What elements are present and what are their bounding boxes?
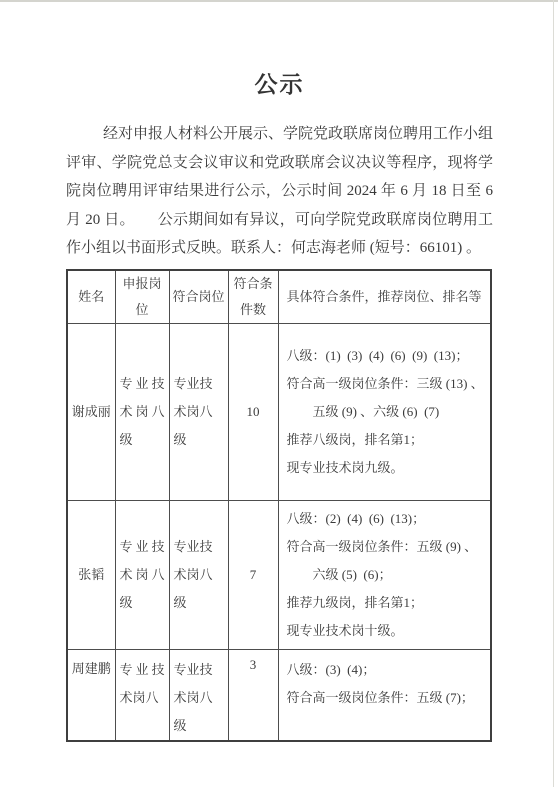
cell-name: 周建鹏 <box>67 649 115 741</box>
table-row: 周建鹏 专业技术岗八 专业技术岗八级 3 八级：(3) (4)； 符合高一级岗位… <box>67 649 491 741</box>
detail-line: 八级：(2) (4) (6) (13)； <box>287 505 486 533</box>
cell-applied-position: 专业技术岗八级 <box>115 500 169 649</box>
page-title: 公示 <box>66 70 493 100</box>
cell-qualified-count: 10 <box>228 323 278 500</box>
cell-applied-position: 专业技术岗八级 <box>115 323 169 500</box>
results-table: 姓名 申报岗位 符合岗位 符合条件数 具体符合条件，推荐岗位、排名等 谢成丽 专… <box>66 269 492 742</box>
header-cell-qualified-count: 符合条件数 <box>228 270 278 324</box>
header-cell-name: 姓名 <box>67 270 115 324</box>
cell-qualified-count: 3 <box>228 649 278 741</box>
document-content: 公示 经对申报人材料公开展示、学院党政联席岗位聘用工作小组评审、学院党总支会议审… <box>66 0 493 742</box>
table-row: 张韬 专业技术岗八级 专业技术岗八级 7 八级：(2) (4) (6) (13)… <box>67 500 491 649</box>
table-row: 谢成丽 专业技术岗八级 专业技术岗八级 10 八级：(1) (3) (4) (6… <box>67 323 491 500</box>
detail-line: 八级：(1) (3) (4) (6) (9) (13)； <box>287 342 486 370</box>
detail-line: 符合高一级岗位条件：五级 (9) 、六级 (5) (6)； <box>287 533 486 589</box>
header-cell-qualified-position: 符合岗位 <box>169 270 228 324</box>
detail-line: 推荐九级岗，排名第1； <box>287 589 486 617</box>
cell-qualified-position: 专业技术岗八级 <box>169 323 228 500</box>
cell-details: 八级：(3) (4)； 符合高一级岗位条件：五级 (7)； <box>278 649 491 741</box>
cell-qualified-position: 专业技术岗八级 <box>169 649 228 741</box>
cell-qualified-position: 专业技术岗八级 <box>169 500 228 649</box>
cell-details: 八级：(2) (4) (6) (13)； 符合高一级岗位条件：五级 (9) 、六… <box>278 500 491 649</box>
detail-line: 现专业技术岗十级。 <box>287 617 486 645</box>
announcement-body: 经对申报人材料公开展示、学院党政联席岗位聘用工作小组评审、学院党总支会议审议和党… <box>66 120 493 263</box>
cell-name: 张韬 <box>67 500 115 649</box>
cell-name: 谢成丽 <box>67 323 115 500</box>
detail-line: 八级：(3) (4)； <box>287 656 486 684</box>
detail-line: 现专业技术岗九级。 <box>287 454 486 482</box>
page-right-edge-line <box>553 0 554 787</box>
detail-line: 符合高一级岗位条件：五级 (7)； <box>287 684 486 712</box>
cell-details: 八级：(1) (3) (4) (6) (9) (13)； 符合高一级岗位条件：三… <box>278 323 491 500</box>
cell-qualified-count: 7 <box>228 500 278 649</box>
header-cell-details: 具体符合条件，推荐岗位、排名等 <box>278 270 491 324</box>
document-page: 公示 经对申报人材料公开展示、学院党政联席岗位聘用工作小组评审、学院党总支会议审… <box>0 0 558 787</box>
cell-applied-position: 专业技术岗八 <box>115 649 169 741</box>
table-header-row: 姓名 申报岗位 符合岗位 符合条件数 具体符合条件，推荐岗位、排名等 <box>67 270 491 324</box>
detail-line: 符合高一级岗位条件：三级 (13) 、五级 (9) 、六级 (6) (7) <box>287 370 486 426</box>
detail-line: 推荐八级岗，排名第1； <box>287 426 486 454</box>
header-cell-applied-position: 申报岗位 <box>115 270 169 324</box>
